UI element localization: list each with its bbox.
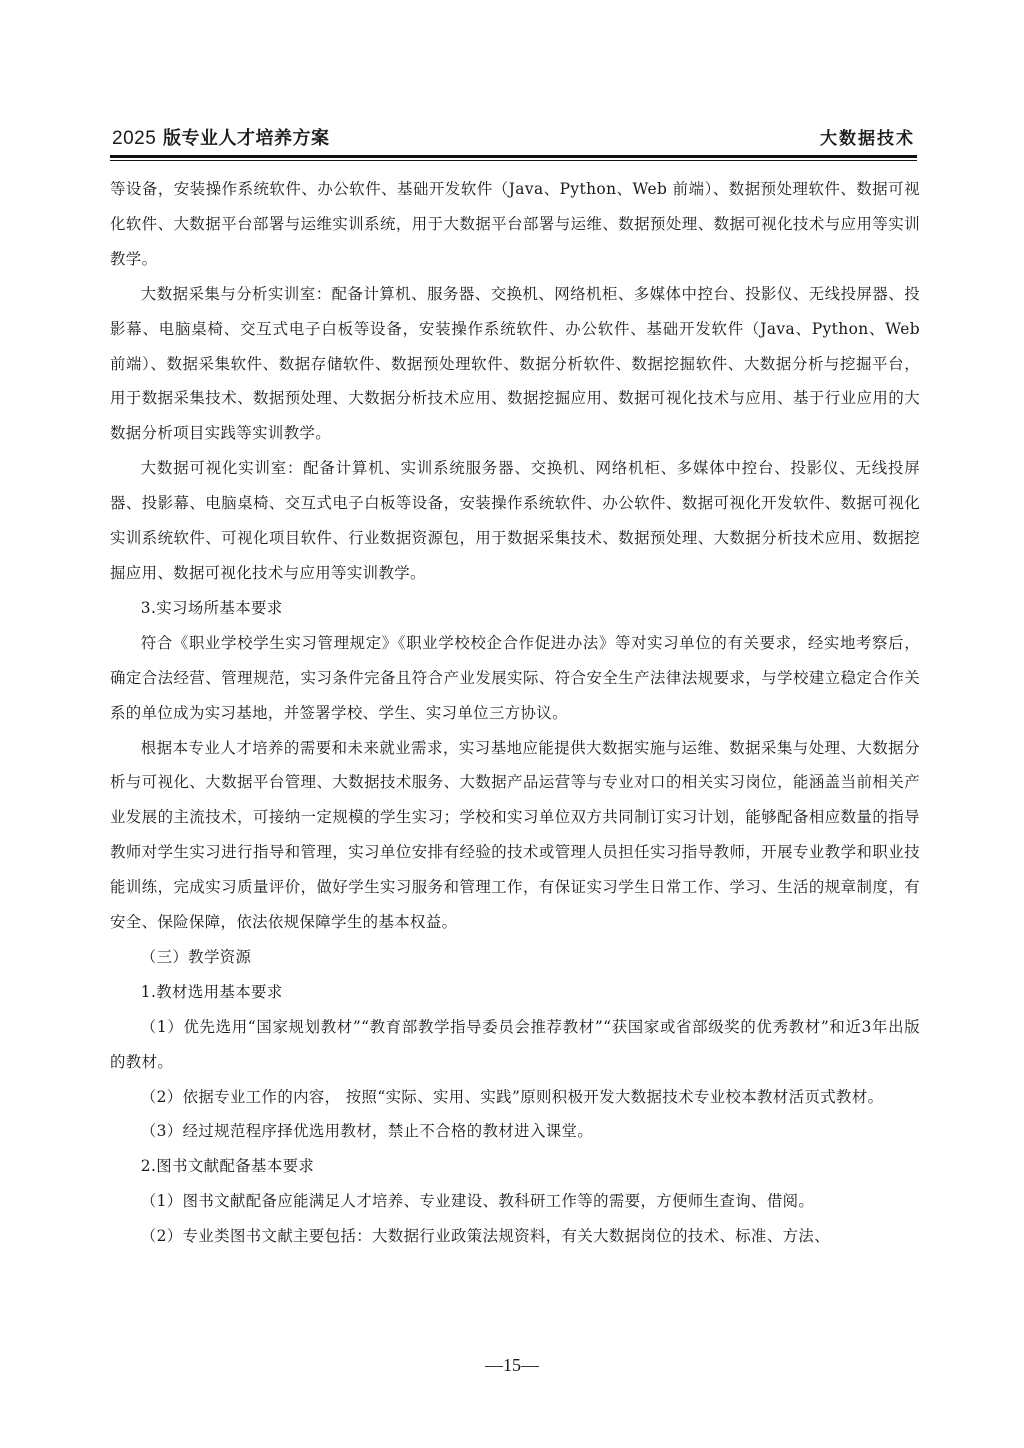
- header-major-name: 大数据技术: [820, 126, 915, 152]
- header-title-text: 版专业人才培养方案: [156, 128, 329, 149]
- list-item-library-2: （2）专业类图书文献主要包括：大数据行业政策法规资料，有关大数据岗位的技术、标准…: [110, 1219, 920, 1254]
- list-item-library-1: （1）图书文献配备应能满足人才培养、专业建设、教科研工作等的需要，方便师生查询、…: [110, 1184, 920, 1219]
- paragraph-internship-compliance: 符合《职业学校学生实习管理规定》《职业学校校企合作促进办法》等对实习单位的有关要…: [110, 626, 920, 731]
- header-rule-thick: [110, 155, 917, 158]
- header-rule-thin: [110, 160, 917, 161]
- heading-teaching-resources: （三）教学资源: [110, 940, 920, 975]
- header-document-title: 2025 版专业人才培养方案: [112, 126, 330, 152]
- paragraph-collection-analysis-lab: 大数据采集与分析实训室：配备计算机、服务器、交换机、网络机柜、多媒体中控台、投影…: [110, 277, 920, 452]
- list-item-textbook-2: （2）依据专业工作的内容， 按照“实际、实用、实践”原则积极开发大数据技术专业校…: [110, 1080, 920, 1115]
- page-header: 2025 版专业人才培养方案 大数据技术: [110, 126, 917, 156]
- paragraph-visualization-lab: 大数据可视化实训室：配备计算机、实训系统服务器、交换机、网络机柜、多媒体中控台、…: [110, 451, 920, 591]
- heading-internship-site-requirements: 3.实习场所基本要求: [110, 591, 920, 626]
- paragraph-internship-base: 根据本专业人才培养的需要和未来就业需求，实习基地应能提供大数据实施与运维、数据采…: [110, 731, 920, 940]
- paragraph-lab-equipment-continued: 等设备，安装操作系统软件、办公软件、基础开发软件（Java、Python、Web…: [110, 172, 920, 277]
- list-item-textbook-3: （3）经过规范程序择优选用教材，禁止不合格的教材进入课堂。: [110, 1114, 920, 1149]
- heading-library-requirements: 2.图书文献配备基本要求: [110, 1149, 920, 1184]
- page-number: —15—: [0, 1355, 1024, 1376]
- page-body: 等设备，安装操作系统软件、办公软件、基础开发软件（Java、Python、Web…: [110, 172, 920, 1254]
- heading-textbook-requirements: 1.教材选用基本要求: [110, 975, 920, 1010]
- header-year: 2025: [112, 128, 156, 149]
- list-item-textbook-1: （1）优先选用“国家规划教材”“教育部教学指导委员会推荐教材”“获国家或省部级奖…: [110, 1010, 920, 1080]
